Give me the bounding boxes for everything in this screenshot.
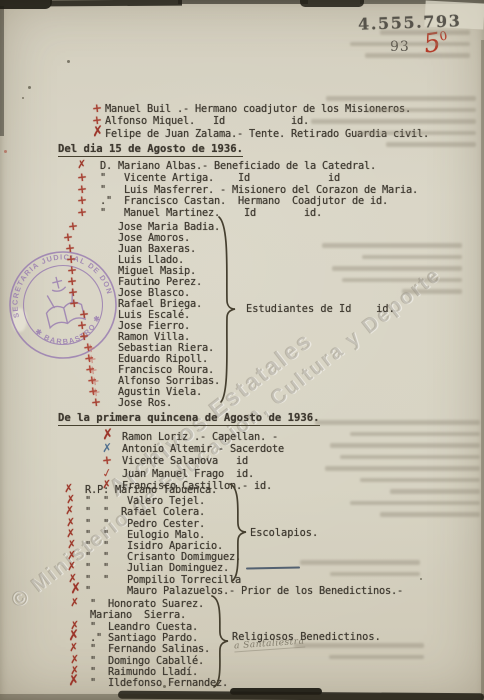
entry-text: Antonio Altemir - Sacerdote: [122, 443, 284, 455]
entry-text: " Ildefonso Fernandez.: [90, 677, 228, 689]
bleedthrough-smudge: [356, 131, 476, 136]
entry-text: " " Rafael Colera.: [85, 506, 205, 518]
bleedthrough-smudge: [330, 572, 420, 577]
entry-text: " Manuel Martinez. Id id.: [100, 207, 322, 219]
entry-text: " " Pompilio Torrecilla: [85, 574, 241, 586]
list-entry: Mariano Sierra.: [66, 609, 484, 620]
document-page: © Ministerio de Educación, Cultura y Dep…: [0, 0, 484, 700]
ink-speck: [4, 150, 7, 153]
section-heading: De la primera quincena de Agosto de 1936…: [58, 412, 320, 426]
section-heading: Del dia 15 de Agosto de 1936.: [58, 143, 243, 157]
entry-text: " Luis Masferrer. - Misionero del Corazo…: [100, 184, 418, 196]
list-entry: ✗" Raimundo Lladí.: [66, 666, 484, 677]
entry-text: Juan Manuel Frago id.: [122, 468, 254, 480]
list-entry: +." Francisco Castan. Hermano Coadjutor …: [77, 195, 484, 206]
entry-text: " " Eulogio Malo.: [85, 529, 205, 541]
bleedthrough-smudge: [365, 53, 470, 58]
list-entry: ✗" " Julian Dominguez.: [64, 562, 484, 573]
bleedthrough-smudge: [362, 255, 462, 260]
bleedthrough-smudge: [366, 108, 476, 113]
entry-text: " Fernando Salinas.: [90, 643, 210, 655]
entry-text: " Leandro Cuesta.: [90, 621, 198, 633]
cross-mark-icon: +: [76, 205, 88, 220]
x-mark-icon: ✗: [91, 123, 105, 140]
bleedthrough-smudge: [300, 560, 420, 565]
entry-text: " " Valero Tejel.: [85, 495, 205, 507]
list-entry: +Sebastian Riera.: [63, 342, 484, 353]
bleedthrough-smudge: [329, 655, 424, 660]
entry-text: ." Francisco Castan. Hermano Coadjutor d…: [100, 195, 388, 207]
list-entry: ✗" " Pompilio Torrecilla: [64, 574, 484, 585]
group-label: Escolapios.: [250, 527, 318, 539]
entry-text: Mariano Sierra.: [90, 609, 186, 621]
bleedthrough-smudge: [332, 266, 462, 271]
list-entry: +Jose Amoros.: [63, 232, 484, 243]
bleedthrough-smudge: [340, 455, 480, 460]
bleedthrough-smudge: [325, 466, 480, 471]
bleedthrough-smudge: [390, 489, 480, 494]
entry-text: " Honorato Suarez.: [90, 598, 204, 610]
cross-mark-icon: +: [90, 394, 102, 409]
entry-text: Jose Ros.: [118, 397, 172, 409]
group-brace: [211, 594, 232, 694]
list-entry: +Eduardo Ripoll.: [63, 353, 484, 364]
bleedthrough-smudge: [322, 243, 462, 248]
ink-speck: [22, 97, 24, 99]
list-entry: ✗" Ildefonso Fernandez.: [66, 677, 484, 688]
page-edge: [0, 694, 484, 700]
entry-text: " Raimundo Lladí.: [90, 666, 198, 678]
list-entry: ✗" Honorato Suarez.: [66, 598, 484, 609]
bleedthrough-smudge: [311, 119, 476, 124]
list-entry: +Alfonso Sorribas.: [63, 375, 484, 386]
entry-text: Alfonso Miquel. Id id.: [105, 115, 309, 127]
list-entry: +Jose Maria Badia.: [63, 221, 484, 232]
list-entry: ✗" " Isidro Aparicio.: [64, 540, 484, 551]
torn-edge: [178, 0, 308, 4]
ink-speck: [28, 86, 31, 89]
list-entry: ✗" " Crisanto Domimguez.: [64, 551, 484, 562]
entry-text: Ramon Loriz .- Capellan. -: [122, 431, 278, 443]
bleedthrough-smudge: [342, 278, 462, 283]
x-mark-icon: ✗: [69, 596, 79, 610]
bleedthrough-smudge: [380, 512, 480, 517]
bleedthrough-smudge: [350, 501, 480, 506]
list-entry: +Jose Ros.: [63, 397, 484, 408]
bleedthrough-smudge: [330, 443, 480, 448]
list-entry: ✗" Leandro Cuesta.: [66, 621, 484, 632]
list-entry: +Ramon Villa.: [63, 331, 484, 342]
list-entry: +" Manuel Martinez. Id id.: [77, 207, 484, 218]
bleedthrough-smudge: [402, 289, 462, 294]
x-mark-icon: ✗: [67, 672, 81, 689]
entry-text: " Domingo Caballé.: [90, 655, 204, 667]
bleedthrough-smudge: [350, 42, 470, 47]
entry-text: " " Crisanto Domimguez.: [85, 551, 241, 563]
list-entry: +" Luis Masferrer. - Misionero del Coraz…: [77, 184, 484, 195]
entry-text: ." Santiago Pardo.: [90, 632, 198, 644]
torn-edge: [300, 0, 364, 7]
entry-text: " Vicente Artiga. Id id: [100, 172, 340, 184]
entry-text: " " Isidro Aparicio.: [85, 540, 223, 552]
torn-edge: [50, 0, 182, 6]
list-entry: +Francisco Roura.: [63, 364, 484, 375]
list-entry: +" Vicente Artiga. Id id: [77, 172, 484, 183]
ink-speck: [67, 60, 70, 63]
entry-text: " " Julian Dominguez.: [85, 562, 229, 574]
list-entry: +Agustin Viela.: [63, 386, 484, 397]
torn-edge: [0, 0, 52, 9]
bleedthrough-smudge: [326, 96, 476, 101]
group-brace: [229, 482, 250, 588]
entry-text: D. Mariano Albas.- Beneficiado de la Cat…: [100, 160, 376, 172]
bleedthrough-smudge: [315, 420, 480, 425]
group-brace: [218, 215, 239, 409]
list-entry: +Jose Fierro.: [63, 320, 484, 331]
entry-text: Vicente Salanova id: [122, 455, 248, 467]
bleedthrough-smudge: [350, 432, 480, 437]
entry-text: R.P: Mariano Tabuenca.: [85, 484, 217, 496]
torn-edge: [0, 6, 4, 136]
bleedthrough-smudge: [360, 478, 480, 483]
group-label: Estudiantes de Id id.: [246, 303, 395, 315]
bleedthrough-smudge: [386, 142, 476, 147]
list-entry: ✗" Mauro Palazuelos.- Prior de los Bened…: [64, 585, 484, 596]
list-entry: ✗D. Mariano Albas.- Beneficiado de la Ca…: [77, 160, 484, 171]
bleedthrough-smudge: [294, 643, 424, 648]
entry-text: " " Pedro Cester.: [85, 518, 205, 530]
bleedthrough-smudge: [380, 30, 470, 35]
group-label: Religiosos Benedictinos.: [232, 631, 381, 643]
